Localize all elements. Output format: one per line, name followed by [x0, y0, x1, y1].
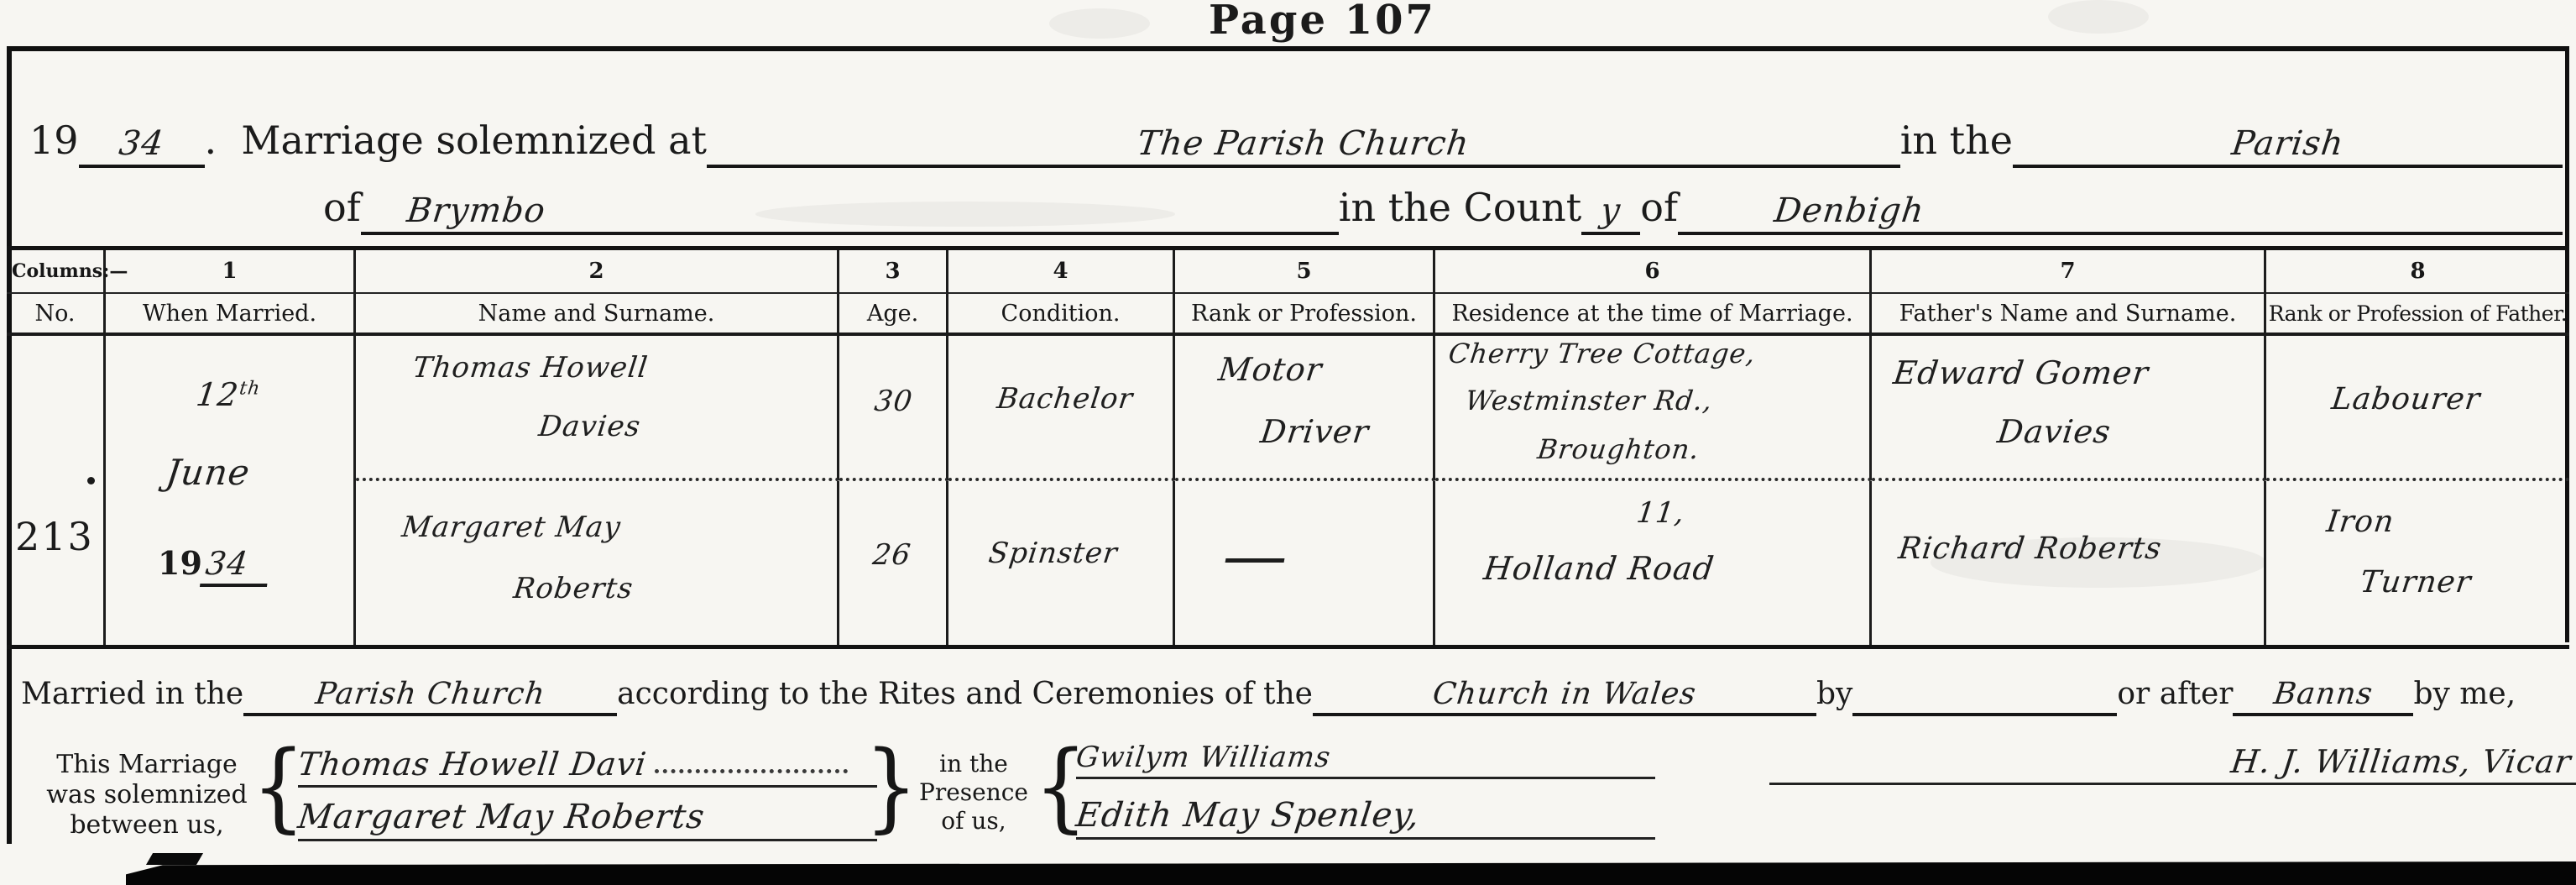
married-place: Parish Church	[313, 677, 547, 713]
officiant-signature: H. J. Williams, Vicar	[2229, 743, 2573, 783]
scan-smudge	[1049, 8, 1150, 39]
marriage-day: 12th	[194, 376, 262, 413]
of-text: of	[323, 185, 361, 235]
marriage-register-page: Page 107 19 34 . Marriage solemnized at …	[0, 0, 2576, 885]
by-text: by	[1816, 677, 1852, 716]
groom-father-line2: Davies	[1995, 413, 2113, 450]
presence-label-line2: Presence	[911, 778, 1037, 807]
place-field: Brymbo	[361, 191, 1339, 235]
witness1-signature: Gwilym Williams	[1074, 741, 1332, 777]
banns-field: Banns	[2233, 677, 2413, 716]
married-place-field: Parish Church	[243, 677, 617, 716]
register-dot-mark	[87, 477, 95, 484]
bride-father-rank-cell: Iron Turner	[2266, 481, 2569, 645]
solemnized-label-line1: This Marriage	[34, 750, 260, 780]
of-text-2: of	[1640, 185, 1678, 235]
col-number-6: 6	[1435, 250, 1872, 294]
bride-name-cell: Margaret May Roberts	[356, 481, 839, 645]
district-name: Parish	[2229, 124, 2346, 165]
header-line-1: 19 34 . Marriage solemnized at The Paris…	[29, 118, 2563, 168]
groom-rank-line2: Driver	[1258, 413, 1371, 450]
groom-age-cell: 30	[839, 336, 948, 481]
bride-condition-cell: Spinster	[948, 481, 1175, 645]
col-header-residence: Residence at the time of Marriage.	[1435, 294, 1872, 336]
groom-signature: Thomas Howell Davi	[295, 746, 649, 785]
witness2-signature-line: Edith May Spenley,	[1076, 796, 1655, 840]
groom-rank-cell: Motor Driver	[1175, 336, 1435, 481]
groom-condition-cell: Bachelor	[948, 336, 1175, 481]
col-header-when-married: When Married.	[106, 294, 356, 336]
year-field: 34	[79, 124, 205, 168]
bride-father-rank-line1: Iron	[2324, 505, 2396, 539]
declaration-line: Married in the Parish Church according t…	[21, 677, 2566, 716]
col-number-4: 4	[948, 250, 1175, 294]
bride-name-line1: Margaret May	[400, 511, 623, 544]
witness2-signature: Edith May Spenley,	[1074, 796, 1422, 837]
columns-label: Columns:—	[7, 250, 106, 294]
county-field: Denbigh	[1678, 191, 2563, 235]
bride-rank-dash	[1225, 558, 1285, 563]
solemnized-text: . Marriage solemnized at	[205, 118, 707, 168]
bride-condition: Spinster	[987, 537, 1120, 570]
groom-father-line1: Edward Gomer	[1891, 354, 2150, 391]
in-the-count-text: in the Count	[1339, 185, 1582, 235]
groom-rank-line1: Motor	[1216, 351, 1325, 388]
rites-text: according to the Rites and Ceremonies of…	[617, 677, 1313, 716]
year-prefix: 19	[29, 118, 79, 168]
groom-age: 30	[873, 385, 915, 418]
solemnized-label-line3: between us,	[34, 810, 260, 840]
groom-condition: Bachelor	[995, 382, 1136, 416]
scan-smudge	[2048, 0, 2149, 34]
col-header-name: Name and Surname.	[356, 294, 839, 336]
col-number-1: 1	[106, 250, 356, 294]
bride-father-rank-line2: Turner	[2358, 565, 2473, 600]
col-header-condition: Condition.	[948, 294, 1175, 336]
header-line-2: of Brymbo in the Count y of Denbigh	[323, 185, 2563, 235]
col-header-age: Age.	[839, 294, 948, 336]
bride-rank-cell: —	[1175, 481, 1435, 645]
bride-name-line2: Roberts	[512, 572, 635, 605]
entry-no-cell: 213	[7, 336, 106, 645]
district-field: Parish	[2013, 124, 2563, 168]
col-header-no: No.	[7, 294, 106, 336]
groom-residence-line3: Broughton.	[1536, 433, 1701, 465]
presence-label-line1: in the	[911, 750, 1037, 778]
groom-name-line1: Thomas Howell	[411, 351, 651, 385]
county-name: Denbigh	[1772, 191, 1926, 232]
col-number-2: 2	[356, 250, 839, 294]
register-table: Columns:— 1 2 3 4 5 6 7 8 No. When Marri…	[7, 246, 2569, 649]
groom-residence-line1: Cherry Tree Cottage,	[1447, 338, 1758, 369]
col-number-8: 8	[2266, 250, 2569, 294]
groom-father-rank-cell: Labourer	[2266, 336, 2569, 481]
by-me-text: by me,	[2413, 677, 2516, 716]
entry-number: 213	[15, 514, 94, 559]
by-field	[1852, 679, 2117, 716]
bride-signature: Margaret May Roberts	[295, 798, 707, 839]
in-the-text: in the	[1900, 118, 2013, 168]
county-y-field: y	[1581, 191, 1640, 235]
col-number-3: 3	[839, 250, 948, 294]
rites-body-field: Church in Wales	[1313, 677, 1816, 716]
groom-father-rank: Labourer	[2329, 382, 2482, 416]
bride-age-cell: 26	[839, 481, 948, 645]
bride-father-name: Richard Roberts	[1896, 532, 2163, 566]
solemnized-label-line2: was solemnized	[34, 780, 260, 810]
rites-body: Church in Wales	[1431, 677, 1699, 713]
col-header-rank: Rank or Profession.	[1175, 294, 1435, 336]
witness1-signature-line: Gwilym Williams	[1076, 741, 1655, 779]
year-handwritten: 34	[117, 124, 166, 165]
groom-name-line2: Davies	[537, 410, 643, 443]
banns-value: Banns	[2271, 677, 2375, 713]
col-number-5: 5	[1175, 250, 1435, 294]
when-married-cell: 12th June 1934	[106, 336, 356, 645]
page-number: Page 107	[1209, 0, 1436, 44]
presence-label: in the Presence of us,	[911, 750, 1037, 835]
groom-residence-cell: Cherry Tree Cottage, Westminster Rd., Br…	[1435, 336, 1872, 481]
bride-residence-line1: 11,	[1635, 496, 1687, 530]
place-name: Brymbo	[405, 191, 548, 232]
groom-father-name-cell: Edward Gomer Davies	[1872, 336, 2266, 481]
border-top	[7, 46, 2569, 51]
signature-tail-flourish	[655, 769, 848, 773]
bride-age: 26	[871, 538, 913, 572]
officiant-signature-line: H. J. Williams, Vicar	[1769, 743, 2576, 785]
solemnized-label: This Marriage was solemnized between us,	[34, 750, 260, 840]
church-name: The Parish Church	[1135, 124, 1471, 165]
bride-residence-cell: 11, Holland Road	[1435, 481, 1872, 645]
scan-black-bar-fragment	[146, 853, 203, 865]
marriage-year: 1934	[158, 544, 269, 587]
church-field: The Parish Church	[707, 124, 1900, 168]
bride-father-name-cell: Richard Roberts	[1872, 481, 2266, 645]
col-header-father-rank: Rank or Profession of Father.	[2266, 294, 2569, 336]
col-header-father-name: Father's Name and Surname.	[1872, 294, 2266, 336]
or-after-text: or after	[2117, 677, 2233, 716]
county-y: y	[1599, 191, 1624, 232]
marriage-month: June	[164, 452, 253, 493]
bride-residence-line2: Holland Road	[1481, 550, 1716, 587]
scan-black-bar	[126, 861, 2576, 885]
bride-signature-line: Margaret May Roberts	[298, 798, 877, 841]
groom-signature-line: Thomas Howell Davi	[298, 746, 877, 788]
presence-label-line3: of us,	[911, 807, 1037, 835]
married-in-text: Married in the	[21, 677, 243, 716]
groom-name-cell: Thomas Howell Davies	[356, 336, 839, 481]
groom-residence-line2: Westminster Rd.,	[1464, 385, 1715, 416]
col-number-7: 7	[1872, 250, 2266, 294]
